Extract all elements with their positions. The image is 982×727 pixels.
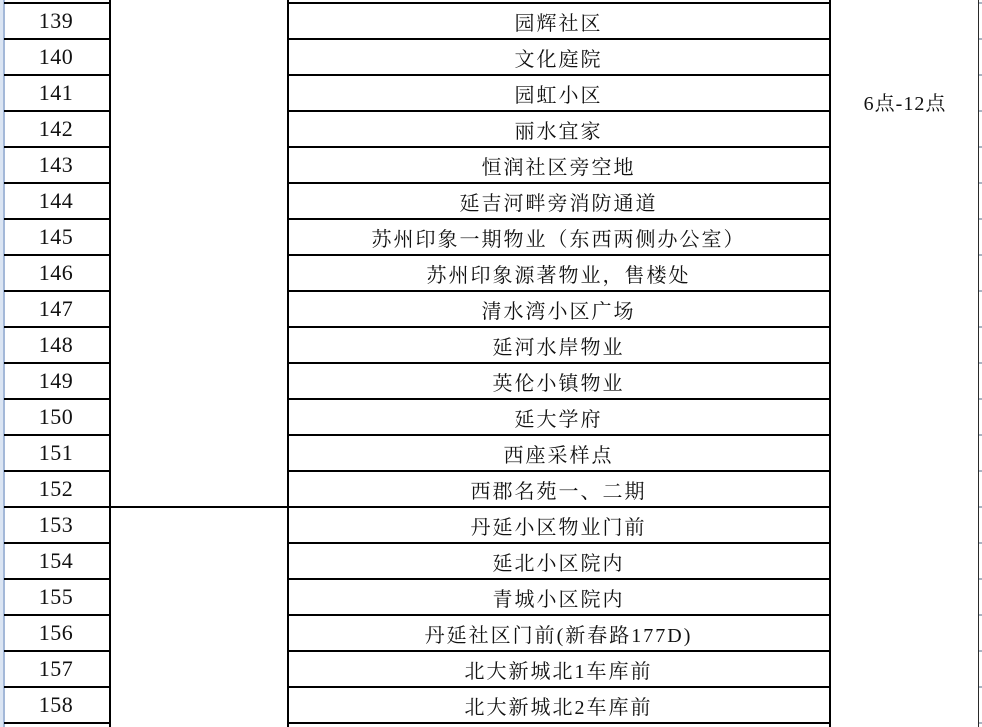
row-number-cell: 154 [4,543,108,579]
location-cell: 园虹小区 [289,75,828,111]
location-cell: 苏州印象一期物业（东西两侧办公室） [289,219,828,255]
spreadsheet-table-viewport: 139园辉社区140文化庭院141园虹小区142丽水宜家143恒润社区旁空地14… [0,0,982,727]
row-number-cell: 148 [4,327,108,363]
row-number-cell: 140 [4,39,108,75]
location-cell: 恒润社区旁空地 [289,147,828,183]
row-number-cell: 139 [4,3,108,39]
location-cell: 延河水岸物业 [289,327,828,363]
location-cell: 苏州印象源著物业，售楼处 [289,255,828,291]
location-cell: 丹延小区物业门前 [289,507,828,543]
row-number-cell: 158 [4,687,108,723]
row-number-cell: 144 [4,183,108,219]
location-cell: 北大新城北2车库前 [289,687,828,723]
location-cell: 北大新城北1车库前 [289,651,828,687]
merged-cell-group-divider [109,506,288,508]
location-cell: 青城小区院内 [289,579,828,615]
row-number-cell: 156 [4,615,108,651]
row-number-cell: 157 [4,651,108,687]
location-cell: 延吉河畔旁消防通道 [289,183,828,219]
row-number-cell: 152 [4,471,108,507]
location-cell: 园辉社区 [289,3,828,39]
row-number-cell: 143 [4,147,108,183]
row-number-cell: 153 [4,507,108,543]
location-cell: 清水湾小区广场 [289,291,828,327]
time-window-cell: 6点-12点 [832,83,978,119]
location-cell: 丹延社区门前(新春路177D) [289,615,828,651]
location-cell: 西座采样点 [289,435,828,471]
row-number-cell: 151 [4,435,108,471]
row-number-cell: 149 [4,363,108,399]
location-cell: 延北小区院内 [289,543,828,579]
row-number-cell: 145 [4,219,108,255]
row-number-cell: 142 [4,111,108,147]
row-number-cell: 155 [4,579,108,615]
location-cell: 英伦小镇物业 [289,363,828,399]
location-cell: 文化庭院 [289,39,828,75]
row-number-cell: 147 [4,291,108,327]
row-number-cell: 150 [4,399,108,435]
location-cell: 延大学府 [289,399,828,435]
location-cell: 西郡名苑一、二期 [289,471,828,507]
row-number-cell: 146 [4,255,108,291]
location-cell: 丽水宜家 [289,111,828,147]
row-number-cell: 141 [4,75,108,111]
